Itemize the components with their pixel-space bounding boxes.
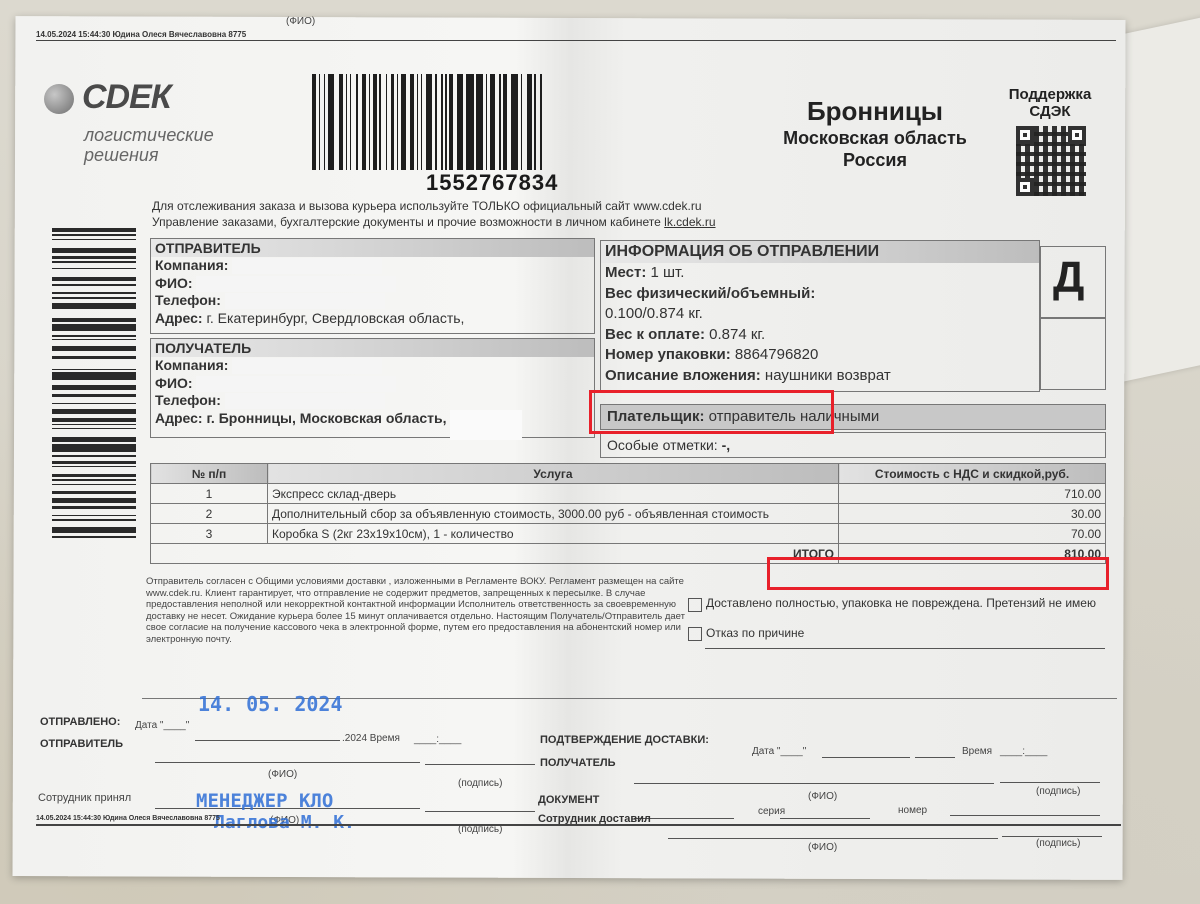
support-block: Поддержка СДЭК <box>1000 86 1100 120</box>
sent-time-blank[interactable]: ____:____ <box>414 734 461 745</box>
shipment-weight-label: Вес физический/объемный: <box>601 284 1039 305</box>
destination-city: Бронницы <box>770 96 980 127</box>
sender-sign-line[interactable] <box>425 764 535 765</box>
sender-company: Компания: <box>151 257 594 275</box>
cdek-site-link[interactable]: www.cdek.ru <box>634 199 702 213</box>
print-header: 14.05.2024 15:44:30 Юдина Олеся Вячеслав… <box>36 30 246 39</box>
sender-fio-line[interactable] <box>155 762 420 763</box>
shipment-weight-value: 0.100/0.874 кг. <box>601 304 1039 325</box>
lk-cdek-link[interactable]: lk.cdek.ru <box>664 215 715 229</box>
sender-phone: Телефон: <box>151 292 594 310</box>
sender-fio: ФИО: <box>151 275 594 293</box>
sent-year-label: .2024 Время <box>342 733 400 744</box>
confirm-fio-line[interactable] <box>634 783 994 784</box>
delivered-label: Доставлено полностью, упаковка не повреж… <box>706 596 1106 610</box>
series-label: серия <box>758 806 785 817</box>
cdek-logo-icon <box>44 84 74 114</box>
support-line-1: Поддержка <box>1000 86 1100 103</box>
shipment-contents: Описание вложения: наушники возврат <box>601 366 1039 387</box>
confirm-date-label: Дата "____" <box>752 746 806 757</box>
number-line[interactable] <box>950 815 1100 816</box>
table-row: 2 Дополнительный сбор за объявленную сто… <box>151 504 1106 524</box>
table-row: 3 Коробка S (2кг 23x19x10см), 1 - количе… <box>151 524 1106 544</box>
confirm-time-blank[interactable]: ____:____ <box>1000 746 1047 757</box>
shipment-package: Номер упаковки: 8864796820 <box>601 345 1039 366</box>
manager-stamp-line-2: Лаглова М. К. <box>214 812 355 833</box>
payer-highlight <box>589 390 834 434</box>
recipient-company: Компания: <box>151 357 594 375</box>
confirm-date-line[interactable] <box>822 757 910 758</box>
barcode-number: 1552767834 <box>426 170 558 196</box>
destination-block: Бронницы Московская область Россия <box>770 96 980 171</box>
delivery-confirm-title: ПОДТВЕРЖДЕНИЕ ДОСТАВКИ: <box>540 734 709 746</box>
confirm-sign-line[interactable] <box>1000 782 1100 783</box>
grade-empty-cell <box>1040 318 1106 390</box>
courier-sign-line[interactable] <box>1002 836 1102 837</box>
col-service: Услуга <box>268 464 839 484</box>
confirm-fio-caption: (ФИО) <box>808 791 837 802</box>
sent-label: ОТПРАВЛЕНО: <box>40 716 120 728</box>
recipient-fio: ФИО: <box>151 375 594 393</box>
table-row: 1 Экспресс склад-дверь 710.00 <box>151 484 1106 504</box>
barcode-vertical <box>52 228 136 688</box>
delivered-checkbox[interactable] <box>688 598 702 612</box>
recipient-box: ПОЛУЧАТЕЛЬ Компания: ФИО: Телефон: Адрес… <box>150 338 595 438</box>
sender-header: ОТПРАВИТЕЛЬ <box>151 239 594 257</box>
shipment-header: ИНФОРМАЦИЯ ОБ ОТПРАВЛЕНИИ <box>601 241 1039 263</box>
print-footer: 14.05.2024 15:44:30 Юдина Олеся Вячеслав… <box>36 815 220 822</box>
date-stamp: 14. 05. 2024 <box>198 692 343 716</box>
courier-sign-caption: (подпись) <box>1036 838 1080 849</box>
confirm-time-label: Время <box>962 746 992 757</box>
support-line-2: СДЭК <box>1000 103 1100 120</box>
recipient-phone: Телефон: <box>151 392 594 410</box>
employee-sign-line[interactable] <box>425 811 535 812</box>
sender-sign-caption: (подпись) <box>458 778 502 789</box>
total-highlight <box>767 557 1109 590</box>
col-cost: Стоимость с НДС и скидкой,руб. <box>839 464 1106 484</box>
tariff-grade: Д <box>1053 253 1084 303</box>
shipment-info-box: ИНФОРМАЦИЯ ОБ ОТПРАВЛЕНИИ Мест: 1 шт. Ве… <box>600 240 1040 392</box>
notes-row: Особые отметки: -, <box>600 432 1106 458</box>
series-line[interactable] <box>780 818 870 819</box>
confirm-sign-caption: (подпись) <box>1036 786 1080 797</box>
manager-stamp-line-1: МЕНЕДЖЕР КЛО <box>196 790 333 812</box>
refusal-checkbox[interactable] <box>688 627 702 641</box>
sender-fio-caption: (ФИО) <box>268 769 297 780</box>
number-label: номер <box>898 805 927 816</box>
col-number: № п/п <box>151 464 268 484</box>
refusal-reason-line <box>705 648 1105 649</box>
barcode-horizontal <box>312 74 612 170</box>
courier-fio-caption: (ФИО) <box>808 842 837 853</box>
tracking-info-line: Для отслеживания заказа и вызова курьера… <box>152 198 702 214</box>
logo-tagline-1: логистические <box>84 125 214 145</box>
recipient-address: Адрес: г. Бронницы, Московская область, <box>151 410 594 440</box>
sent-date-label: Дата "____" <box>135 720 189 731</box>
logo-brand: СDЕК <box>82 78 171 117</box>
recipient-header: ПОЛУЧАТЕЛЬ <box>151 339 594 357</box>
top-fio-caption: (ФИО) <box>286 16 315 27</box>
document-label: ДОКУМЕНТ <box>538 794 599 806</box>
sender-address: Адрес: г. Екатеринбург, Свердловская обл… <box>151 310 594 328</box>
services-table: № п/п Услуга Стоимость с НДС и скидкой,р… <box>150 463 1106 564</box>
refusal-label: Отказ по причине <box>706 626 804 640</box>
shipment-pay-weight: Вес к оплате: 0.874 кг. <box>601 325 1039 346</box>
sender-box: ОТПРАВИТЕЛЬ Компания: ФИО: Телефон: Адре… <box>150 238 595 334</box>
qr-code-icon[interactable] <box>1016 126 1086 196</box>
grade-cell: Д <box>1040 246 1106 318</box>
shipment-places: Мест: 1 шт. <box>601 263 1039 284</box>
courier-fio-line[interactable] <box>668 838 998 839</box>
destination-country: Россия <box>770 149 980 171</box>
destination-region: Московская область <box>770 127 980 149</box>
legal-terms: Отправитель согласен с Общими условиями … <box>146 576 686 645</box>
sender-sign-label: ОТПРАВИТЕЛЬ <box>40 738 123 750</box>
footer-rule <box>36 824 1121 826</box>
confirm-year-line[interactable] <box>915 757 955 758</box>
employee-accepted-label: Сотрудник принял <box>38 792 131 804</box>
confirm-recipient-label: ПОЛУЧАТЕЛЬ <box>540 757 616 769</box>
account-info-line: Управление заказами, бухгалтерские докум… <box>152 214 716 230</box>
total-label: ИТОГО <box>151 544 839 564</box>
header-rule <box>36 40 1116 41</box>
sent-date-line[interactable] <box>195 740 340 741</box>
logo-tagline-2: решения <box>84 145 159 165</box>
